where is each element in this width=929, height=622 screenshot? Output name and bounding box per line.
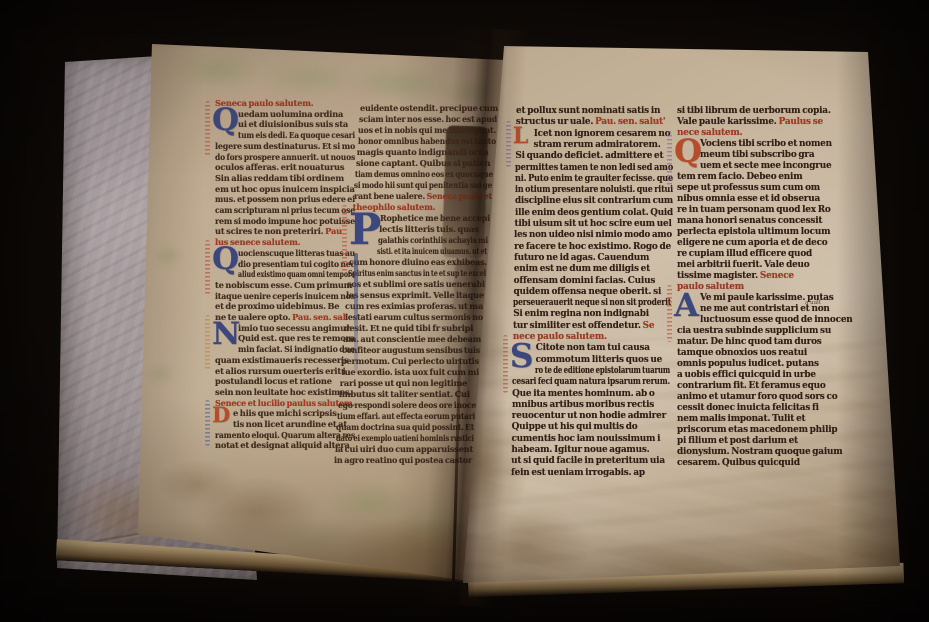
text-line: contrarium fit. Et feramus equo: [677, 381, 826, 391]
text-line: discipline eius sit contrarium cum: [515, 196, 673, 206]
body-text: re in tuam personam quod lex Ro: [677, 205, 831, 215]
body-text: et alios rursum ouerteris erit i: [215, 366, 346, 376]
body-text: animo et utamur foro quod sors co: [677, 392, 837, 402]
illuminated-initial-P: P: [349, 211, 381, 250]
right-page-wrinkles: [463, 338, 900, 586]
right-page-stains: [463, 46, 900, 586]
rubric-text: paulo salutem: [677, 282, 744, 292]
body-text: e hiis que michi scripsis: [233, 408, 337, 418]
body-text: et de proximo uidebimus. Be: [215, 301, 339, 311]
body-text: commotum litteris quos ue: [536, 355, 663, 365]
body-text: ne te ualere opto.: [215, 312, 292, 322]
text-line: luctuosum esse quod de innocen: [700, 315, 853, 325]
illuminated-initial-Q: Q: [212, 246, 239, 274]
body-text: rant bene ualere.: [354, 191, 427, 201]
text-line: perlecta epistola ultimum locum: [677, 227, 830, 237]
manuscript-photo: Seneca paulo salutem.uedam uolumina ordi…: [0, 0, 929, 622]
body-text: postulandi locus et ratione: [215, 376, 332, 386]
text-line: uem et secte mee incongrue: [700, 161, 831, 171]
text-line: imio tuo secessu angimur.: [238, 323, 352, 333]
body-text: matur. De hinc quod tam duros: [677, 337, 822, 347]
text-line: ro te de editione epistolarum tuarum: [535, 366, 670, 376]
text-line: Vociens tibi scribo et nomen: [700, 139, 832, 149]
illuminated-initial-A: A: [674, 291, 699, 320]
text-line: Que ita mentes hominum. ab o: [512, 389, 655, 399]
body-text: cia uestra subinde supplicium su: [677, 326, 831, 336]
text-line: nibus omnia esse et id obserua: [677, 194, 820, 204]
rubric-text: Pau: [325, 226, 342, 236]
rubric-text: Seneca paulo salutem.: [215, 98, 314, 108]
text-line: em ut hoc opus inuicem inspicia: [215, 184, 355, 194]
penwork-filigree: [205, 400, 210, 445]
text-line: priscorum etas macedonem philip: [677, 425, 837, 435]
text-line: ramento eloqui. Quarum altera res: [215, 430, 355, 440]
body-text: oculos afferas. erit nouaturus: [215, 162, 344, 172]
text-line: animo et utamur foro quod sors co: [677, 392, 837, 402]
body-text: te nobiscum esse. Cum primum: [215, 280, 352, 290]
body-text: contrarium fit. Et feramus equo: [677, 381, 826, 391]
body-text: ut scires te non preteriri.: [215, 226, 325, 236]
text-line: theophilo salutem.: [353, 202, 436, 212]
text-line: Vale paule karissime. Paulus se: [677, 117, 823, 127]
text-line: et alios rursum ouerteris erit i: [215, 366, 346, 376]
text-line: nece salutem.: [677, 128, 742, 138]
text-line: tem rem facio. Debeo enim: [677, 172, 802, 182]
text-line: dio presentiam tui cogito nec: [238, 259, 355, 269]
text-line: rem si modo impune hoc potuisse: [215, 216, 355, 226]
text-line: sepe ut professus sum cum om: [677, 183, 820, 193]
body-text: habeam. Igitur noue agamus.: [511, 445, 649, 455]
body-text: priscorum etas macedonem philip: [677, 425, 837, 435]
text-line: legere sum destinaturus. Et si mo: [215, 141, 355, 151]
body-text: perlecta epistola ultimum locum: [677, 227, 830, 237]
text-line: tissime magister. Senece: [677, 271, 794, 281]
right-page-shading: [463, 46, 900, 586]
text-line: notat et designat aliquid altera: [215, 440, 350, 450]
text-line: ui et diuisionibus suis sta: [238, 119, 348, 129]
text-line: les non uideo nisi nimio modo amo: [514, 230, 672, 240]
body-text: Citote non tam tui causa: [536, 343, 650, 353]
body-text: imio tuo secessu angimur.: [238, 323, 352, 333]
body-text: quam existimaueris recesseris: [215, 355, 348, 365]
body-text: permittes tamen te non ledi sed amo: [515, 163, 673, 173]
text-line: nem malis imponat. Tulit et: [677, 414, 805, 424]
right-page: et pollux sunt nominati satis instructus…: [463, 46, 900, 586]
text-line: fein est ueniam irrogabis. ap: [511, 468, 645, 478]
text-line: eligere ne cum aporia et de deco: [677, 238, 828, 248]
rubric-text: nece salutem.: [677, 128, 742, 138]
text-line: tis non licet arundine et at: [233, 419, 347, 429]
marginal-note: a uult: [805, 300, 821, 307]
body-text: Sin alias reddam tibi ordinem: [215, 173, 344, 183]
body-text: si tibi librum de uerborum copia.: [677, 106, 831, 116]
body-text: cesarem. Quibus quicquid: [677, 458, 800, 468]
body-text: ro te de editione epistolarum tuarum: [535, 366, 670, 376]
body-text: ni. Puto enim te grauiter fecisse. que: [515, 174, 673, 184]
body-text: itaque uenire ceperis inuicem nos: [215, 291, 355, 301]
text-line: uocienscuque litteras tuas au: [238, 248, 355, 258]
text-line: offensam domini facias. Cuius: [514, 276, 656, 286]
text-line: ni. Puto enim te grauiter fecisse. que: [515, 174, 673, 184]
body-text: perseuerauerit neque si non sit proderit: [513, 298, 671, 308]
text-line: mana honori senatus concessit: [677, 216, 822, 226]
text-line: quidem offensa neque oberit. si: [514, 287, 662, 297]
text-line: te nobiscum esse. Cum primum: [215, 280, 352, 290]
body-text: Si quando deficiet. admittere et: [515, 151, 663, 161]
body-text: dio presentiam tui cogito nec: [238, 259, 355, 269]
body-text: offensam domini facias. Cuius: [514, 276, 656, 286]
body-text: omnis populus iudicet. putans: [677, 359, 819, 369]
text-line: cesari feci quam natura ipsarum rerum.: [512, 377, 670, 387]
text-line: ut scires te non preteriri. Pau: [215, 226, 342, 236]
body-text: uedam uolumina ordina: [238, 109, 343, 119]
body-text: tibi uisum sit ut hoc scire eum uel: [514, 219, 671, 229]
text-line: Sin alias reddam tibi ordinem: [215, 173, 344, 183]
body-text: in otium presentare noluisti. que ritui: [515, 185, 673, 195]
body-text: les non uideo nisi nimio modo amo: [514, 230, 672, 240]
body-text: meum tibi subscribo gra: [700, 150, 814, 160]
body-text: mus. et possem non prius edere ei: [215, 194, 355, 204]
text-line: Senece et lucilio paulus salutem.: [215, 398, 355, 408]
body-text: ui et diuisionibus suis sta: [238, 119, 348, 129]
text-line: a uobis effici quicquid in urbe: [677, 370, 816, 380]
text-line: dionysium. Nostram quoque gaium: [677, 447, 842, 457]
rubric-text: nece paulo salutem.: [513, 332, 607, 342]
body-text: tamque obnoxios uos reatui: [677, 348, 807, 358]
text-line: nece paulo salutem.: [513, 332, 607, 342]
text-line: re facere te hoc existimo. Rogo de: [514, 242, 671, 252]
text-line: itaque uenire ceperis inuicem nos: [215, 291, 355, 301]
text-line: reuocentur ut non hodie admirer: [512, 411, 666, 421]
text-line: uedam uolumina ordina: [238, 109, 343, 119]
body-text: Quid est. que res te remora: [238, 333, 355, 343]
text-line: tum eis dedi. Ea quoque cesari: [238, 130, 355, 140]
body-text: stram rerum admiratorem.: [534, 140, 661, 150]
penwork-filigree: [342, 205, 347, 273]
text-line: sein non leuitate hoc existimes.: [215, 387, 352, 397]
text-line: cam scripturam ni prius tecum ose: [215, 205, 355, 215]
body-text: Vociens tibi scribo et nomen: [700, 139, 832, 149]
body-text: legere sum destinaturus. Et si mo: [215, 141, 355, 151]
body-text: re facere te hoc existimo. Rogo de: [514, 242, 671, 252]
body-text: ut si quid facile in preteritum uia: [511, 456, 665, 466]
text-line: ne te ualere opto. Pau. sen. sal': [215, 312, 348, 322]
body-text: uem et secte mee incongrue: [700, 161, 831, 171]
body-text: futuro ne id agas. Cauendum: [514, 253, 649, 263]
body-text: uocienscuque litteras tuas au: [238, 248, 355, 258]
text-line: Si enim regina non indignabi: [513, 309, 649, 319]
body-text: mei arbitrii fuerit. Vale deuo: [677, 260, 810, 270]
text-line: tamque obnoxios uos reatui: [677, 348, 807, 358]
rubric-text: Senece: [760, 271, 794, 281]
body-text: aliud existimo quam omni tempore: [238, 269, 355, 279]
text-line: quam existimaueris recesseris: [215, 355, 348, 365]
text-line: habeam. Igitur noue agamus.: [511, 445, 649, 455]
body-text: cam scripturam ni prius tecum ose: [215, 205, 355, 215]
text-line: Quippe ut his qui multis do: [512, 422, 638, 432]
text-line: Icet non ignorem cesarem no: [534, 129, 671, 139]
body-text: em ut hoc opus inuicem inspicia: [215, 184, 355, 194]
body-text: a uobis effici quicquid in urbe: [677, 370, 816, 380]
body-text: notat et designat aliquid altera: [215, 440, 350, 450]
text-line: paulo salutem: [677, 282, 744, 292]
body-text: rem si modo impune hoc potuisse: [215, 216, 355, 226]
body-text: ramento eloqui. Quarum altera res: [215, 430, 355, 440]
body-text: structus ur uale.: [516, 117, 595, 127]
illuminated-initial-N: N: [212, 321, 240, 349]
text-line: et pollux sunt nominati satis in: [516, 106, 660, 116]
body-text: Icet non ignorem cesarem no: [534, 129, 671, 139]
rubric-text: Se: [643, 321, 655, 331]
body-text: tissime magister.: [677, 271, 760, 281]
text-line: min faciat. Si indignatio dne: [238, 344, 355, 354]
text-line: cia uestra subinde supplicium su: [677, 326, 831, 336]
text-line: re cupiam illud efficere quod: [677, 249, 812, 259]
body-text: fein est ueniam irrogabis. ap: [511, 468, 645, 478]
text-line: re in tuam personam quod lex Ro: [677, 205, 831, 215]
penwork-filigree: [205, 101, 210, 157]
penwork-filigree: [667, 131, 672, 188]
text-line: si tibi librum de uerborum copia.: [677, 106, 831, 116]
text-line: lus senece salutem.: [215, 237, 300, 247]
body-text: tur similiter est offendetur.: [513, 321, 643, 331]
text-line: cessit donec inuicta felicitas fi: [677, 403, 819, 413]
body-text: min faciat. Si indignatio dne: [238, 344, 355, 354]
body-text: Si enim regina non indignabi: [513, 309, 649, 319]
body-text: reuocentur ut non hodie admirer: [512, 411, 666, 421]
text-line: structus ur uale. Pau. sen. salut': [516, 117, 666, 127]
text-line: omnis populus iudicet. putans: [677, 359, 819, 369]
text-line: et de proximo uidebimus. Be: [215, 301, 339, 311]
text-line: mus. et possem non prius edere ei: [215, 194, 355, 204]
penwork-filigree: [667, 285, 672, 342]
text-line: pi filium et post darium et: [677, 436, 798, 446]
text-line: ille enim deos gentium colat. Quid: [515, 208, 673, 218]
text-line: tibi uisum sit ut hoc scire eum uel: [514, 219, 671, 229]
text-line: cumentis hoc iam nouissimum i: [511, 434, 660, 444]
rubric-text: Paulus se: [779, 117, 823, 127]
body-text: sepe ut professus sum cum om: [677, 183, 820, 193]
body-text: do fors prospere annuerit. ut nouos: [215, 152, 355, 162]
text-line: Si quando deficiet. admittere et: [515, 151, 663, 161]
text-line: Citote non tam tui causa: [536, 343, 650, 353]
body-text: mnibus artibus moribus rectis: [512, 400, 654, 410]
right-page-text-block: et pollux sunt nominati satis instructus…: [463, 46, 900, 586]
body-text: dionysium. Nostram quoque gaium: [677, 447, 842, 457]
illuminated-initial-S: S: [510, 341, 534, 371]
text-line: perseuerauerit neque si non sit proderit: [513, 298, 671, 308]
rubric-text: lus senece salutem.: [215, 237, 300, 247]
body-text: cessit donec inuicta felicitas fi: [677, 403, 819, 413]
body-text: Vale paule karissime.: [677, 117, 779, 127]
body-text: sein non leuitate hoc existimes.: [215, 387, 352, 397]
rubric-text: Pau. sen. sal': [292, 312, 348, 322]
body-text: enim est ne dum me diligis et: [514, 264, 650, 274]
text-line: ut si quid facile in preteritum uia: [511, 456, 665, 466]
body-text: pi filium et post darium et: [677, 436, 798, 446]
folio-number: 2: [875, 54, 882, 65]
body-text: quidem offensa neque oberit. si: [514, 287, 662, 297]
illuminated-initial-D: D: [212, 406, 230, 425]
body-text: luctuosum esse quod de innocen: [700, 315, 853, 325]
body-text: discipline eius sit contrarium cum: [515, 196, 673, 206]
body-text: cesari feci quam natura ipsarum rerum.: [512, 377, 670, 387]
text-line: meum tibi subscribo gra: [700, 150, 814, 160]
rubric-text: Senece et lucilio paulus salutem.: [215, 398, 355, 408]
body-text: nem malis imponat. Tulit et: [677, 414, 805, 424]
text-line: postulandi locus et ratione: [215, 376, 332, 386]
penwork-filigree: [205, 315, 210, 371]
illuminated-initial-Q: Q: [674, 137, 702, 166]
text-line: tur similiter est offendetur. Se: [513, 321, 654, 331]
text-line: mnibus artibus moribus rectis: [512, 400, 654, 410]
text-line: commotum litteris quos ue: [536, 355, 663, 365]
text-line: e hiis que michi scripsis: [233, 408, 337, 418]
body-text: re cupiam illud efficere quod: [677, 249, 812, 259]
text-line: permittes tamen te non ledi sed amo: [515, 163, 673, 173]
text-line: mei arbitrii fuerit. Vale deuo: [677, 260, 810, 270]
text-line: matur. De hinc quod tam duros: [677, 337, 822, 347]
body-text: et pollux sunt nominati satis in: [516, 106, 660, 116]
illuminated-initial-Q: Q: [212, 107, 239, 135]
text-line: do fors prospere annuerit. ut nouos: [215, 152, 355, 162]
text-line: cesarem. Quibus quicquid: [677, 458, 800, 468]
body-text: tem rem facio. Debeo enim: [677, 172, 802, 182]
text-line: in otium presentare noluisti. que ritui: [515, 185, 673, 195]
text-line: Quid est. que res te remora: [238, 333, 355, 343]
body-text: nibus omnia esse et id obserua: [677, 194, 820, 204]
body-text: Quippe ut his qui multis do: [512, 422, 638, 432]
body-text: ille enim deos gentium colat. Quid: [515, 208, 673, 218]
text-line: stram rerum admiratorem.: [534, 140, 661, 150]
penwork-filigree: [205, 240, 210, 296]
body-text: Que ita mentes hominum. ab o: [512, 389, 655, 399]
body-text: mana honori senatus concessit: [677, 216, 822, 226]
text-line: enim est ne dum me diligis et: [514, 264, 650, 274]
body-text: eligere ne cum aporia et de deco: [677, 238, 828, 248]
rubric-text: Pau. sen. salut': [595, 117, 665, 127]
initial-descender: [354, 253, 358, 373]
text-line: Seneca paulo salutem.: [215, 98, 314, 108]
text-line: futuro ne id agas. Cauendum: [514, 253, 649, 263]
body-text: tis non licet arundine et at: [233, 419, 347, 429]
body-text: cumentis hoc iam nouissimum i: [511, 434, 660, 444]
text-line: aliud existimo quam omni tempore: [238, 269, 355, 279]
text-line: oculos afferas. erit nouaturus: [215, 162, 344, 172]
body-text: tum eis dedi. Ea quoque cesari: [238, 130, 355, 140]
rubric-text: theophilo salutem.: [353, 202, 436, 212]
